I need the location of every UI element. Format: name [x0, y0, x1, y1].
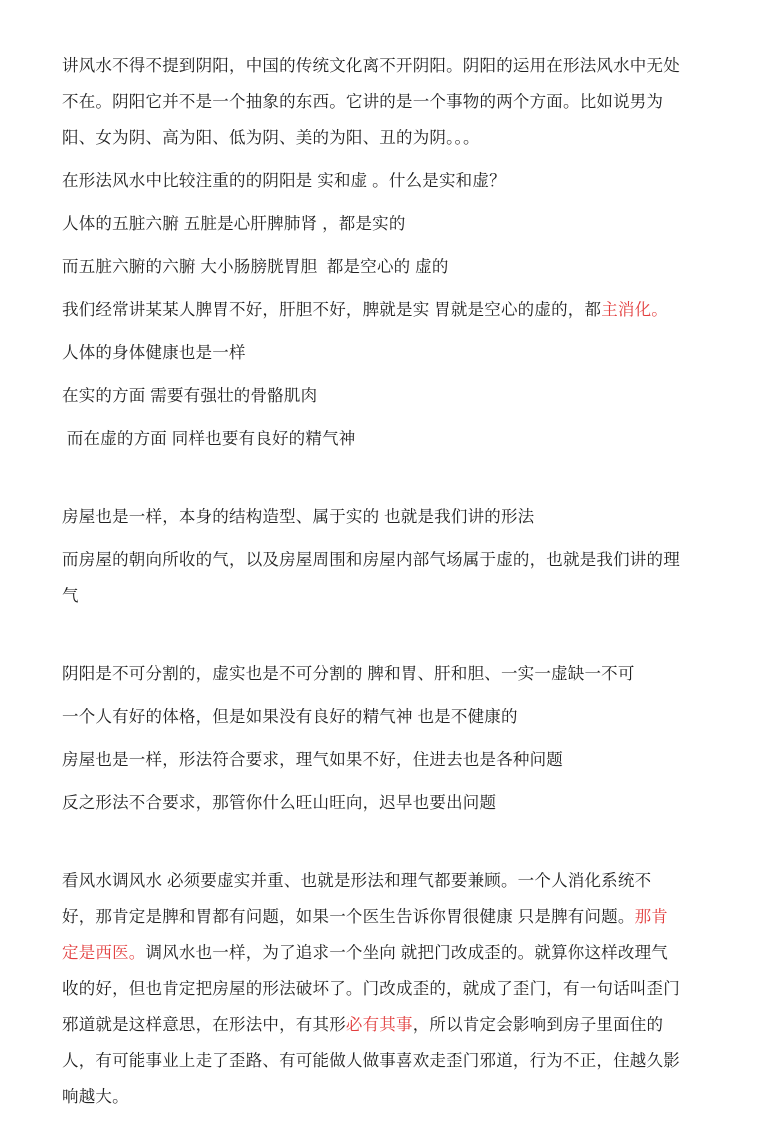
paragraph: 反之形法不合要求，那管你什么旺山旺向，迟早也要出问题: [62, 785, 684, 821]
paragraph: 而五脏六腑的六腑 大小肠膀胱胃胆 都是空心的 虚的: [62, 249, 684, 285]
text-run: 而五脏六腑的六腑 大小肠膀胱胃胆 都是空心的 虚的: [62, 258, 449, 276]
text-run: 阴阳是不可分割的，虚实也是不可分割的 脾和胃、肝和胆、一实一虚缺一不可: [62, 665, 635, 683]
text-run: 反之形法不合要求，那管你什么旺山旺向，迟早也要出问题: [62, 794, 496, 812]
text-run: 房屋也是一样，本身的结构造型、属于实的 也就是我们讲的形法: [62, 508, 534, 526]
blank-line: [62, 828, 684, 856]
blank-line: [62, 621, 684, 649]
text-run: 人体的身体健康也是一样: [62, 344, 246, 362]
paragraph: 房屋也是一样，形法符合要求，理气如果不好，住进去也是各种问题: [62, 742, 684, 778]
text-run: 讲风水不得不提到阴阳，中国的传统文化离不开阴阳。阴阳的运用在形法风水中无处不在。…: [62, 57, 680, 147]
text-run: 看风水调风水 必须要虚实并重、也就是形法和理气都要兼顾。一个人消化系统不好，那肯…: [62, 872, 651, 926]
paragraph: 房屋也是一样，本身的结构造型、属于实的 也就是我们讲的形法: [62, 499, 684, 535]
paragraph: 阴阳是不可分割的，虚实也是不可分割的 脾和胃、肝和胆、一实一虚缺一不可: [62, 656, 684, 692]
article-body: 讲风水不得不提到阴阳，中国的传统文化离不开阴阳。阴阳的运用在形法风水中无处不在。…: [0, 0, 694, 1115]
paragraph: 一个人有好的体格，但是如果没有良好的精气神 也是不健康的: [62, 699, 684, 735]
text-run: 一个人有好的体格，但是如果没有良好的精气神 也是不健康的: [62, 708, 518, 726]
text-run: 在形法风水中比较注重的的阴阳是 实和虚 。什么是实和虚？: [62, 172, 506, 190]
highlighted-text: 主消化。: [601, 301, 668, 319]
blank-line: [62, 464, 684, 492]
text-run: 我们经常讲某某人脾胃不好，肝胆不好，脾就是实 胃就是空心的虚的，都: [62, 301, 601, 319]
paragraph: 而在虚的方面 同样也要有良好的精气神: [62, 421, 684, 457]
paragraph: 人体的身体健康也是一样: [62, 335, 684, 371]
text-run: 而房屋的朝向所收的气，以及房屋周围和房屋内部气场属于虚的，也就是我们讲的理气: [62, 551, 680, 605]
paragraph: 在形法风水中比较注重的的阴阳是 实和虚 。什么是实和虚？: [62, 163, 684, 199]
paragraph: 我们经常讲某某人脾胃不好，肝胆不好，脾就是实 胃就是空心的虚的，都主消化。: [62, 292, 684, 328]
text-run: 人体的五脏六腑 五脏是心肝脾肺肾 ，都是实的: [62, 215, 406, 233]
text-run: 而在虚的方面 同样也要有良好的精气神: [62, 430, 355, 448]
highlighted-text: 必有其事: [346, 1016, 413, 1034]
paragraph: 看风水调风水 必须要虚实并重、也就是形法和理气都要兼顾。一个人消化系统不好，那肯…: [62, 863, 684, 1115]
paragraph: 而房屋的朝向所收的气，以及房屋周围和房屋内部气场属于虚的，也就是我们讲的理气: [62, 542, 684, 614]
text-run: 房屋也是一样，形法符合要求，理气如果不好，住进去也是各种问题: [62, 751, 563, 769]
paragraph: 讲风水不得不提到阴阳，中国的传统文化离不开阴阳。阴阳的运用在形法风水中无处不在。…: [62, 48, 684, 156]
paragraph: 人体的五脏六腑 五脏是心肝脾肺肾 ，都是实的: [62, 206, 684, 242]
paragraph: 在实的方面 需要有强壮的骨骼肌肉: [62, 378, 684, 414]
text-run: 在实的方面 需要有强壮的骨骼肌肉: [62, 387, 317, 405]
document-page: 讲风水不得不提到阴阳，中国的传统文化离不开阴阳。阴阳的运用在形法风水中无处不在。…: [0, 0, 783, 1147]
